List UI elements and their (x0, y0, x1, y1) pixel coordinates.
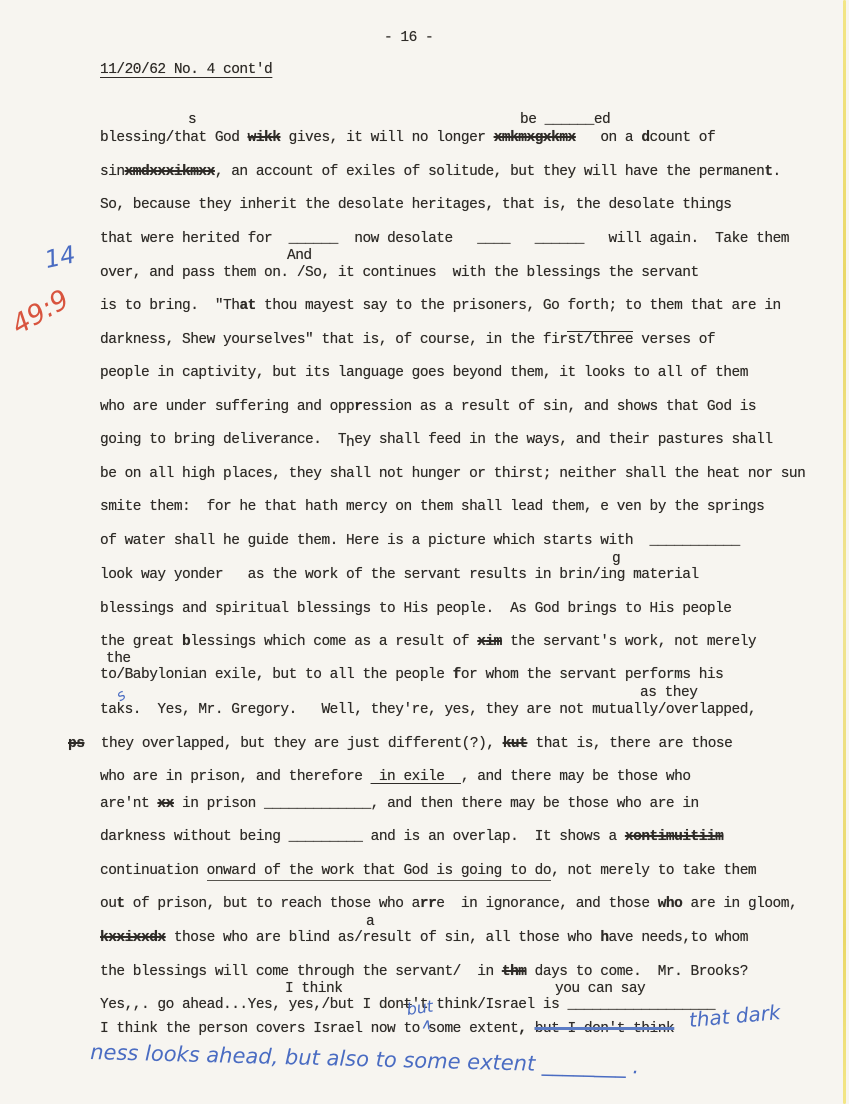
typed-text-segment: to/Babylonian exile, but to all the peop… (100, 667, 453, 683)
typed-text-segment: gives, it will no longer (280, 130, 493, 146)
page-number: - 16 - (384, 30, 433, 46)
typed-text-segment: are in gloom, (682, 896, 797, 912)
typed-text-segment: will again. Take them (584, 231, 789, 247)
typed-text-segment: , and then there may be those who are in (371, 796, 699, 812)
typed-text-segment: darkness without being (100, 829, 289, 845)
typed-line: kxxixxdx those who are blind as/result o… (100, 930, 748, 946)
typed-text-segment: 't think/Israel is (412, 997, 568, 1013)
typed-text-segment: over, and pass them on. /So, it continue… (100, 265, 699, 281)
typed-b-segment: at (239, 298, 255, 314)
typed-text-segment: I think the person covers Israel now to … (100, 1021, 518, 1037)
typed-b-segment: b (182, 634, 190, 650)
typed-line: that were herited for ______ now desolat… (100, 231, 789, 247)
typed-text-segment: I think (285, 981, 342, 997)
typed-line: as they (640, 685, 697, 701)
typed-text-segment: _____________ (264, 796, 371, 812)
typed-xstrike-segment: ps (68, 736, 84, 752)
typed-line: the blessings will come through the serv… (100, 964, 748, 980)
typed-line: taks. Yes, Mr. Gregory. Well, they're, y… (100, 702, 756, 718)
typed-line: who are in prison, and therefore in exil… (100, 769, 691, 785)
typed-text-segment: thou mayest say to the prisoners, Go for… (256, 298, 781, 314)
handwritten-bottom-line: ness looks ahead, but also to some exten… (90, 1040, 640, 1078)
typed-text-segment: _________ (289, 829, 363, 845)
typed-text-segment: smite them: for he that hath mercy on th… (100, 499, 764, 515)
typed-b-segment: who (658, 896, 683, 912)
typed-text-segment: ession as a result of sin, and shows tha… (362, 399, 756, 415)
typed-text-segment: continuation (100, 863, 207, 879)
typed-text-segment: . (773, 164, 781, 180)
typed-line: ps they overlapped, but they are just di… (68, 736, 732, 752)
typed-line: people in captivity, but its language go… (100, 365, 748, 381)
typed-text-segment: going to bring deliverance. T (100, 432, 346, 448)
typed-line: is to bring. "That thou mayest say to th… (100, 298, 781, 314)
typed-text-segment: be on all high places, they shall not hu… (100, 466, 805, 482)
typed-text-segment: ave needs,to whom (609, 930, 748, 946)
margin-note-14: 14 (42, 240, 78, 274)
typed-text-segment: verses of (633, 332, 715, 348)
typed-line: who are under suffering and oppression a… (100, 399, 756, 415)
typed-b-segment: d (641, 130, 649, 146)
typed-text-segment: ______ (289, 231, 338, 247)
typed-text-segment: look way yonder as the work of the serva… (100, 567, 699, 583)
typed-line: blessing/that God wikk gives, it will no… (100, 130, 715, 146)
typed-line: continuation onward of the work that God… (100, 863, 756, 879)
typed-line: darkness without being _________ and is … (100, 829, 723, 845)
typed-line: blessings and spiritual blessings to His… (100, 601, 732, 617)
typed-line: to/Babylonian exile, but to all the peop… (100, 667, 723, 683)
typed-text-segment: , an account of exiles of solitude, but … (215, 164, 765, 180)
typed-line: you can say (555, 981, 645, 997)
typed-text-segment: they overlapped, but they are just diffe… (84, 736, 502, 752)
typed-text-segment: count of (650, 130, 716, 146)
typed-text-segment: are'nt (100, 796, 157, 812)
typed-text-segment: lessings which come as a result of (190, 634, 477, 650)
typed-text-segment: e in ignorance, and those (436, 896, 657, 912)
typed-xstrike-segment: thm (502, 964, 527, 980)
typed-text-segment: of prison, but to reach those who a (125, 896, 420, 912)
typed-line: be ______ed (520, 112, 610, 128)
typed-ol-segment: st/three (567, 331, 633, 348)
typed-text-segment: that is, there are those (527, 736, 732, 752)
typed-b-segment: f (453, 667, 461, 683)
typed-text-segment: the (106, 651, 131, 667)
typed-b-segment: rr (420, 896, 436, 912)
typed-bstrike-segment: but I don't think (535, 1021, 674, 1037)
typed-text-segment: as they (640, 685, 697, 701)
typed-line: s (188, 112, 196, 128)
typed-text-segment: ______ (535, 231, 584, 247)
typed-text-segment: Yes,,. go ahead...Yes, yes,/but I don (100, 997, 403, 1013)
typed-xstrike-segment: xmkmxgxkmx (494, 130, 576, 146)
typed-text-segment: is to bring. "Th (100, 298, 239, 314)
typed-text-segment: ____ (477, 231, 510, 247)
typed-line: sinxmdxxxikmxx, an account of exiles of … (100, 164, 781, 180)
typed-text-segment: that were herited for (100, 231, 289, 247)
typed-xstrike-segment: kxxixxdx (100, 930, 166, 946)
typed-xstrike-segment: kut (503, 736, 528, 752)
typed-pu-segment: onward of the work that God is going to … (207, 863, 551, 881)
typed-text-segment: or whom the servant performs his (461, 667, 723, 683)
typed-text-segment: those who are blind as/result of sin, al… (166, 930, 601, 946)
typed-text-segment (510, 231, 535, 247)
typed-text-segment: sin (100, 164, 125, 180)
typed-text-segment: a (366, 914, 374, 930)
typed-line: And (287, 248, 312, 264)
typed-b-segment: t (116, 896, 124, 912)
typed-line: going to bring deliverance. They shall f… (100, 432, 773, 448)
typed-text-segment: and is an overlap. It shows a (362, 829, 624, 845)
typed-b-segment: t (764, 164, 772, 180)
typed-text-segment: in prison (174, 796, 264, 812)
typed-text-segment: the great (100, 634, 182, 650)
typed-xstrike-segment: xontimuitiim (625, 829, 723, 845)
typed-text-segment: who are under suffering and opp (100, 399, 354, 415)
typed-text-segment: who are in prison, and therefore (100, 769, 371, 785)
typed-text-segment: days to come. Mr. Brooks? (526, 964, 747, 980)
typed-line: I think (285, 981, 342, 997)
typed-line: the great blessings which come as a resu… (100, 634, 756, 650)
typed-text-segment: g (612, 551, 620, 567)
scan-edge-artifact (843, 0, 846, 1104)
typed-text-segment: ey shall feed in the ways, and their pas… (354, 432, 772, 448)
typed-line: the (106, 651, 131, 667)
typed-text-segment: taks. Yes, Mr. Gregory. Well, they're, y… (100, 702, 756, 718)
typed-line: of water shall he guide them. Here is a … (100, 533, 740, 549)
typed-line: g (612, 551, 620, 567)
typed-xstrike-segment: xmdxxxikmxx (125, 164, 215, 180)
typed-text-segment: blessings and spiritual blessings to His… (100, 601, 732, 617)
typed-text-segment: darkness, Shew yourselves" that is, of c… (100, 332, 567, 348)
typed-text-segment: the blessings will come through the serv… (100, 964, 502, 980)
typed-b-segment: h (600, 930, 608, 946)
typed-text-segment: blessing/that God (100, 130, 248, 146)
typed-text-segment: ou (100, 896, 116, 912)
typed-line: I think the person covers Israel now to … (100, 1021, 674, 1037)
typed-text-segment: s (188, 112, 196, 128)
typed-xstrike-segment: xim (477, 634, 502, 650)
typed-text-segment (526, 1021, 534, 1037)
typed-text-segment: people in captivity, but its language go… (100, 365, 748, 381)
typed-line: be on all high places, they shall not hu… (100, 466, 805, 482)
typed-line: So, because they inherit the desolate he… (100, 197, 732, 213)
typed-text-segment: , not merely to take them (551, 863, 756, 879)
scanned-typescript-page: - 16 - 11/20/62 No. 4 cont'd sbe ______e… (0, 0, 849, 1104)
margin-note-49-9: 49:9 (7, 284, 75, 341)
typed-text-segment: And (287, 248, 312, 264)
typed-u-segment: in exile (371, 769, 461, 785)
session-header: 11/20/62 No. 4 cont'd (100, 62, 272, 78)
typed-line: are'nt xx in prison _____________, and t… (100, 796, 699, 812)
typed-text-segment: on a (576, 130, 642, 146)
typed-text-segment: the servant's work, not merely (502, 634, 756, 650)
typed-text-segment: now desolate (338, 231, 477, 247)
typed-line: a (366, 914, 374, 930)
typed-text-segment: you can say (555, 981, 645, 997)
typed-text-segment: , and there may be those who (461, 769, 691, 785)
typed-text-segment: be ______ed (520, 112, 610, 128)
typed-line: over, and pass them on. /So, it continue… (100, 265, 699, 281)
typed-low-segment: h (346, 435, 354, 451)
typed-line: smite them: for he that hath mercy on th… (100, 499, 764, 515)
typed-text-segment: ___________ (650, 533, 740, 549)
typed-line: darkness, Shew yourselves" that is, of c… (100, 332, 715, 348)
typed-xstrike-segment: wikk (248, 130, 281, 146)
typed-text-segment: So, because they inherit the desolate he… (100, 197, 732, 213)
typed-line: out of prison, but to reach those who ar… (100, 896, 797, 912)
typed-line: look way yonder as the work of the serva… (100, 567, 699, 583)
typed-text-segment: of water shall he guide them. Here is a … (100, 533, 650, 549)
typed-xstrike-segment: xx (157, 796, 173, 812)
